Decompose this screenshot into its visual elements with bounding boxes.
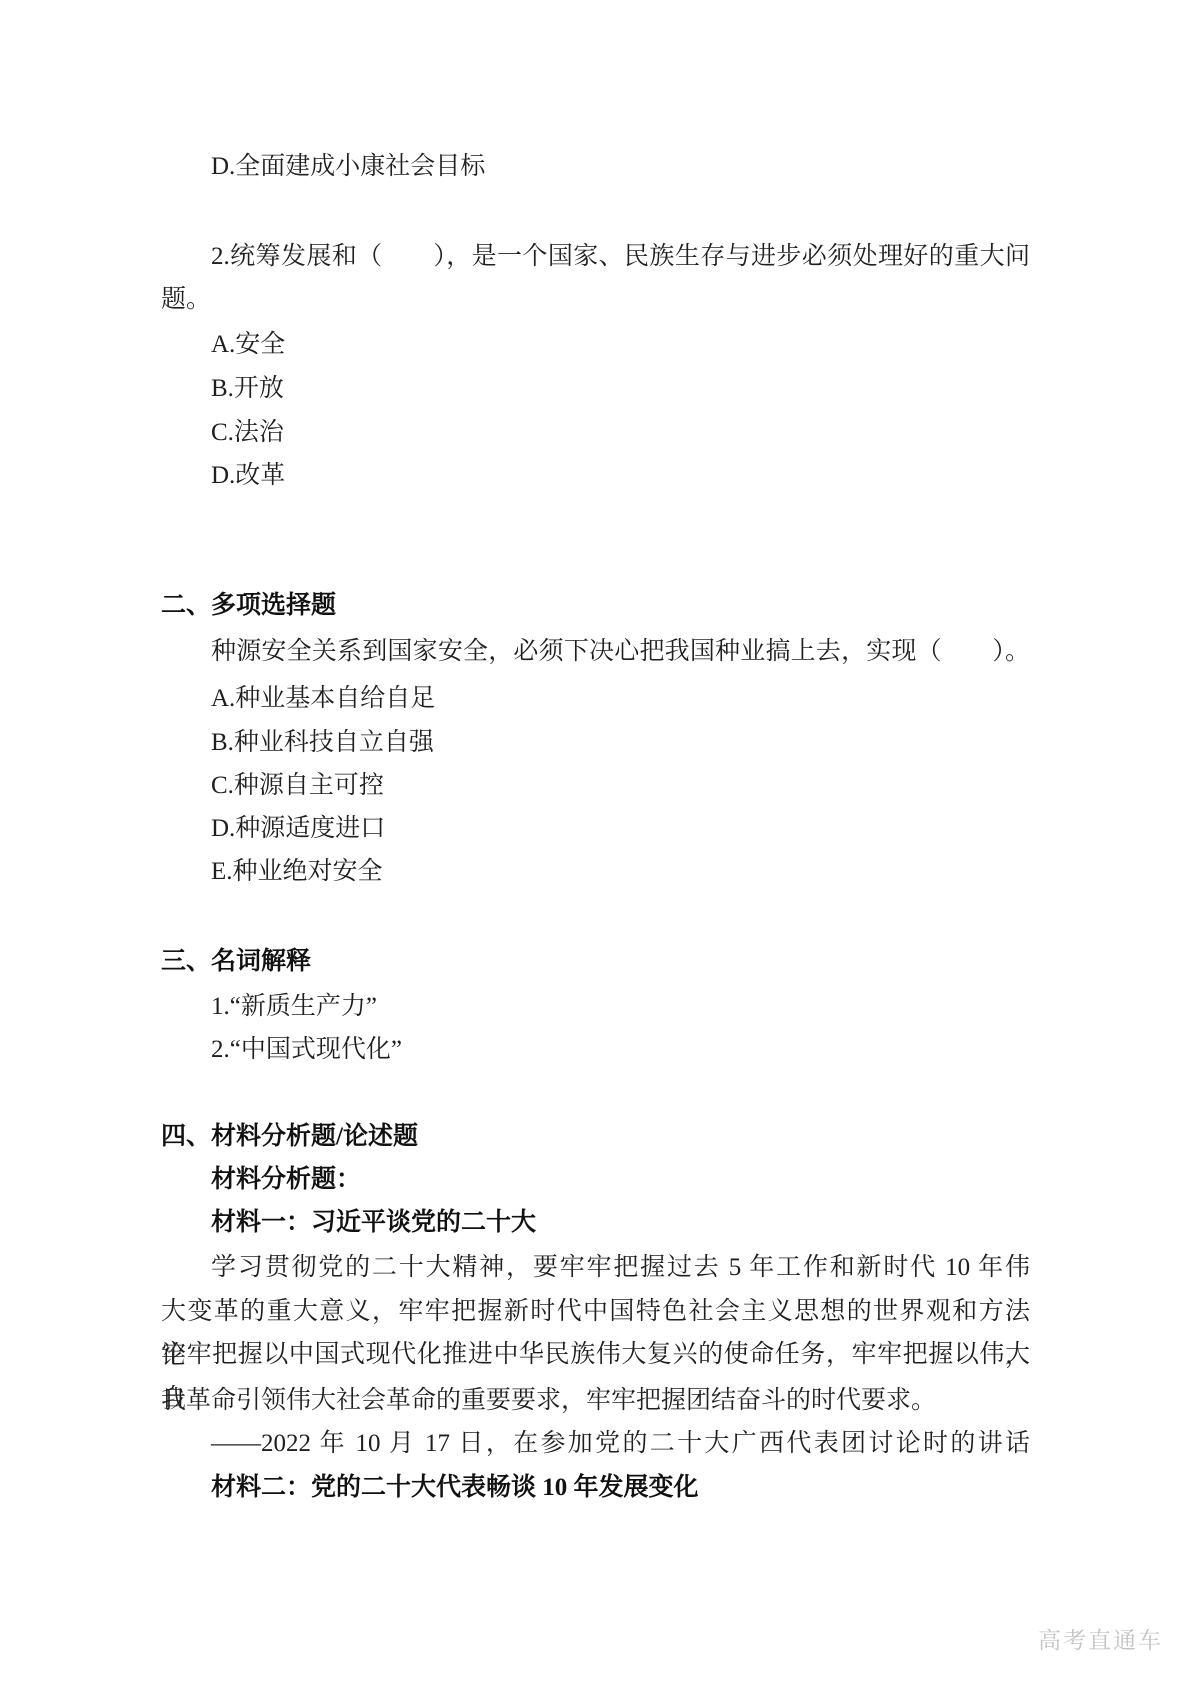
document-page: D.全面建成小康社会目标 2.统筹发展和（ ），是一个国家、民族生存与进步必须处… [0, 0, 1191, 1684]
multi-select-option-b: B.种业科技自立自强 [161, 721, 1030, 765]
section-3-heading: 三、名词解释 [161, 940, 1030, 984]
material-analysis-label: 材料分析题： [161, 1158, 1030, 1202]
q2-stem-line-2: 题。 [161, 278, 1030, 322]
q1-option-d: D.全面建成小康社会目标 [161, 145, 1030, 189]
material-1-source: ——2022 年 10 月 17 日，在参加党的二十大广西代表团讨论时的讲话 [161, 1422, 1030, 1466]
q2-stem-line-1: 2.统筹发展和（ ），是一个国家、民族生存与进步必须处理好的重大问 [161, 235, 1030, 279]
q2-option-d: D.改革 [161, 454, 1030, 498]
section-2-heading: 二、多项选择题 [161, 584, 1030, 628]
multi-select-option-d: D.种源适度进口 [161, 807, 1030, 851]
watermark: 高考直通车 [1038, 1626, 1163, 1656]
multi-select-option-c: C.种源自主可控 [161, 764, 1030, 808]
multi-select-question: 种源安全关系到国家安全，必须下决心把我国种业搞上去，实现（ ）。 [161, 630, 1030, 674]
multi-select-option-a: A.种业基本自给自足 [161, 677, 1030, 721]
term-item-1: 1.“新质生产力” [161, 985, 1030, 1029]
q2-option-a: A.安全 [161, 323, 1030, 367]
material-1-line-1: 学习贯彻党的二十大精神，要牢牢把握过去 5 年工作和新时代 10 年伟 [161, 1246, 1030, 1290]
q2-option-c: C.法治 [161, 411, 1030, 455]
material-1-title: 材料一：习近平谈党的二十大 [161, 1201, 1030, 1245]
q2-option-b: B.开放 [161, 367, 1030, 411]
term-item-2: 2.“中国式现代化” [161, 1028, 1030, 1072]
material-2-title: 材料二：党的二十大代表畅谈 10 年发展变化 [161, 1466, 1030, 1510]
multi-select-option-e: E.种业绝对安全 [161, 850, 1030, 894]
material-1-line-4: 我革命引领伟大社会革命的重要要求，牢牢把握团结奋斗的时代要求。 [161, 1379, 1030, 1423]
section-4-heading: 四、材料分析题/论述题 [161, 1115, 1030, 1159]
